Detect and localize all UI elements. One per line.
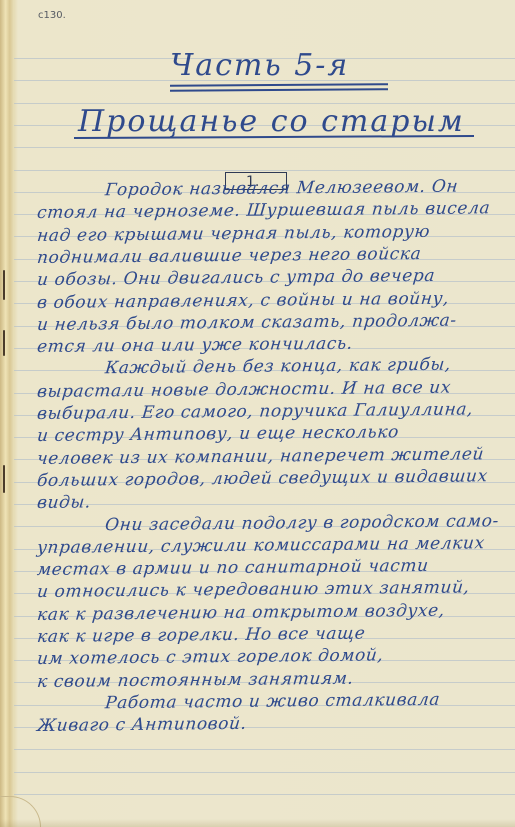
- text-line: Живаго с Антиповой.: [36, 710, 504, 737]
- ruled-line: [14, 772, 515, 773]
- chapter-title: Прощанье со старым: [78, 104, 465, 139]
- ruled-line: [14, 794, 515, 795]
- part-title-underline: [170, 83, 388, 87]
- ruled-line: [14, 170, 515, 171]
- binding-stitch: [3, 465, 5, 493]
- part-title-underline: [170, 88, 388, 92]
- ruled-line: [14, 147, 515, 148]
- binding-stitch: [3, 270, 5, 300]
- manuscript-page: с130. Часть 5-я Прощанье со старым 1. Го…: [0, 0, 515, 827]
- part-title: Часть 5-я: [170, 48, 349, 83]
- binding-stitch: [3, 330, 5, 356]
- folio-number: с130.: [38, 10, 66, 21]
- notebook-binding: [0, 0, 14, 827]
- page-bottom-edge: [0, 819, 515, 827]
- ruled-line: [14, 749, 515, 750]
